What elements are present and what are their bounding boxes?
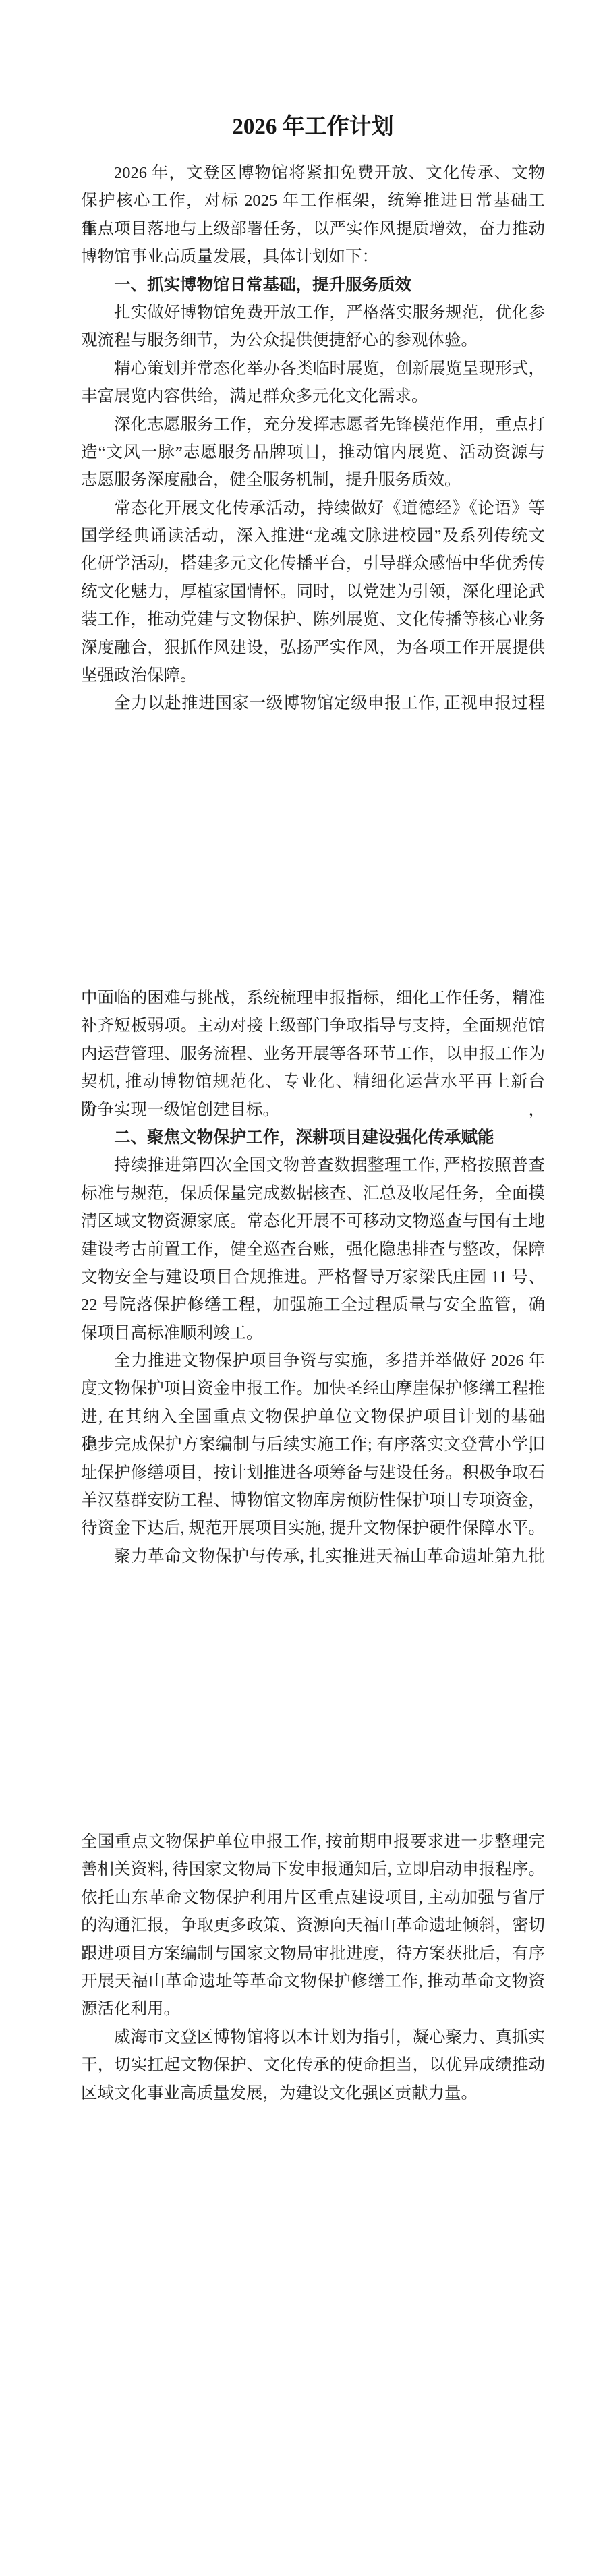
text-line: 契机, 推动博物馆规范化、专业化、精细化运营水平再上新台阶，: [81, 1068, 545, 1095]
text-line: 开展天福山革命遗址等革命文物保护修缮工作, 推动革命文物资: [81, 1968, 545, 1995]
text-line: 建设考古前置工作，健全巡查台账，强化隐患排查与整改，保障: [81, 1236, 545, 1263]
text-line: 统文化魅力，厚植家国情怀。同时，以党建为引领，深化理论武: [81, 578, 545, 606]
text-line: 重点项目落地与上级部署任务，以严实作风提质增效，奋力推动: [81, 215, 545, 243]
text-line: 丰富展览内容供给，满足群众多元化文化需求。: [81, 382, 545, 410]
text-line: 羊汉墓群安防工程、博物馆文物库房预防性保护项目专项资金，: [81, 1487, 545, 1514]
text-line: 文物安全与建设项目合规推进。严格督导万家梁氏庄园 11 号、: [81, 1263, 545, 1291]
text-line: 的沟通汇报，争取更多政策、资源向天福山革命遗址倾斜，密切: [81, 1912, 545, 1939]
text-line: 志愿服务深度融合，健全服务机制，提升服务质效。: [81, 466, 545, 494]
document-page-2: 中面临的困难与挑战，系统梳理申报指标，细化工作任务，精准补齐短板弱项。主动对接上…: [81, 984, 545, 1570]
text-line: 深度融合，狠抓作风建设，弘扬严实作风，为各项工作开展提供: [81, 634, 545, 662]
text-line: 国学经典诵读活动，深入推进“龙魂文脉进校园”及系列传统文: [81, 522, 545, 550]
text-line: 址保护修缮项目，按计划推进各项筹备与建设任务。积极争取石: [81, 1459, 545, 1487]
document-title: 2026 年工作计划: [81, 111, 545, 143]
text-line: 全力推进文物保护项目争资与实施，多措并举做好 2026 年: [81, 1347, 545, 1375]
text-line: 干，切实扛起文物保护、文化传承的使命担当，以优异成绩推动: [81, 2051, 545, 2079]
text-line: 精心策划并常态化举办各类临时展览，创新展览呈现形式，: [81, 355, 545, 382]
text-line: 内运营管理、服务流程、业务开展等各环节工作，以申报工作为: [81, 1040, 545, 1068]
section-heading: 一、抓实博物馆日常基础，提升服务质效: [81, 271, 545, 299]
text-line: 深化志愿服务工作，充分发挥志愿者先锋模范作用，重点打: [81, 411, 545, 438]
text-line: 威海市文登区博物馆将以本计划为指引，凝心聚力、真抓实: [81, 2024, 545, 2051]
text-line: 补齐短板弱项。主动对接上级部门争取指导与支持，全面规范馆: [81, 1012, 545, 1039]
text-line: 持续推进第四次全国文物普查数据整理工作, 严格按照普查: [81, 1151, 545, 1179]
text-line: 进, 在其纳入全国重点文物保护单位文物保护项目计划的基础上，: [81, 1403, 545, 1431]
text-line: 待资金下达后, 规范开展项目实施, 提升文物保护硬件保障水平。: [81, 1514, 545, 1542]
text-line: 扎实做好博物馆免费开放工作，严格落实服务规范，优化参: [81, 299, 545, 326]
text-line: 2026 年，文登区博物馆将紧扣免费开放、文化传承、文物: [81, 159, 545, 187]
text-line: 跟进项目方案编制与国家文物局审批进度，待方案获批后，有序: [81, 1940, 545, 1968]
section-heading: 二、聚焦文物保护工作，深耕项目建设强化传承赋能: [81, 1124, 545, 1151]
text-line: 度文物保护项目资金申报工作。加快圣经山摩崖保护修缮工程推: [81, 1375, 545, 1402]
text-line: 全国重点文物保护单位申报工作, 按前期申报要求进一步整理完: [81, 1828, 545, 1856]
text-line: 装工作，推动党建与文物保护、陈列展览、文化传播等核心业务: [81, 606, 545, 633]
text-line: 博物馆事业高质量发展，具体计划如下：: [81, 243, 545, 270]
text-line: 稳步完成保护方案编制与后续实施工作; 有序落实文登营小学旧: [81, 1431, 545, 1458]
text-line: 善相关资料, 待国家文物局下发申报通知后, 立即启动申报程序。: [81, 1856, 545, 1883]
text-line: 聚力革命文物保护与传承, 扎实推进天福山革命遗址第九批: [81, 1543, 545, 1570]
text-line: 全力以赴推进国家一级博物馆定级申报工作, 正视申报过程: [81, 689, 545, 717]
text-line: 常态化开展文化传承活动，持续做好《道德经》《论语》等: [81, 494, 545, 522]
text-line: 区域文化事业高质量发展，为建设文化强区贡献力量。: [81, 2080, 545, 2107]
text-line: 依托山东革命文物保护利用片区重点建设项目, 主动加强与省厅: [81, 1884, 545, 1912]
document-canvas: 2026 年工作计划2026 年，文登区博物馆将紧扣免费开放、文化传承、文物保护…: [0, 0, 607, 2576]
text-line: 22 号院落保护修缮工程，加强施工全过程质量与安全监管，确: [81, 1291, 545, 1319]
text-line: 造“文风一脉”志愿服务品牌项目，推动馆内展览、活动资源与: [81, 438, 545, 466]
document-page-3: 全国重点文物保护单位申报工作, 按前期申报要求进一步整理完善相关资料, 待国家文…: [81, 1828, 545, 2107]
text-line: 中面临的困难与挑战，系统梳理申报指标，细化工作任务，精准: [81, 984, 545, 1012]
text-line: 清区域文物资源家底。常态化开展不可移动文物巡查与国有土地: [81, 1207, 545, 1235]
text-line: 标准与规范，保质保量完成数据核查、汇总及收尾任务，全面摸: [81, 1180, 545, 1207]
text-line: 观流程与服务细节，为公众提供便捷舒心的参观体验。: [81, 326, 545, 354]
text-line: 保项目高标准顺利竣工。: [81, 1319, 545, 1347]
text-line: 化研学活动，搭建多元文化传播平台，引导群众感悟中华优秀传: [81, 550, 545, 577]
text-line: 源活化利用。: [81, 1995, 545, 2023]
document-page-1: 2026 年工作计划2026 年，文登区博物馆将紧扣免费开放、文化传承、文物保护…: [81, 111, 545, 718]
text-line: 坚强政治保障。: [81, 662, 545, 689]
text-line: 保护核心工作，对标 2025 年工作框架，统筹推进日常基础工作、: [81, 187, 545, 214]
